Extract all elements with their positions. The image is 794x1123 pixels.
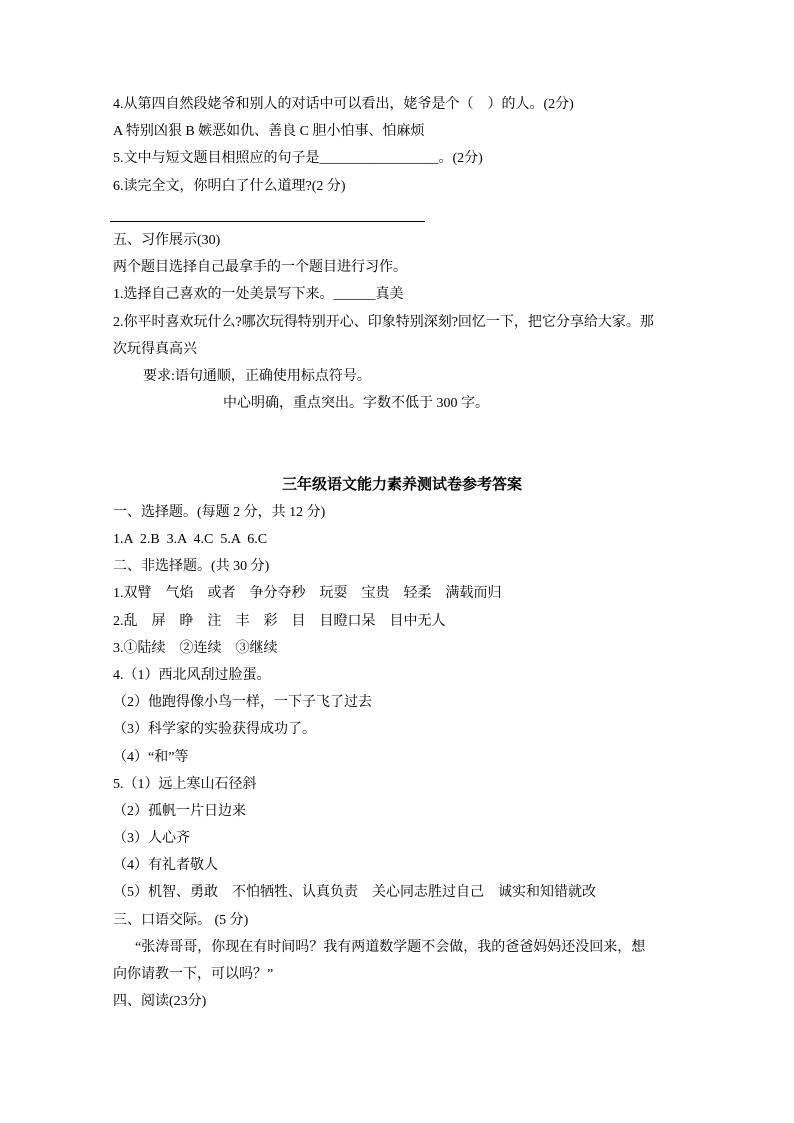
writing-requirement-2: 中心明确，重点突出。字数不低于 300 字。	[113, 390, 691, 417]
answers-item-4-1: 4.（1）西北风刮过脸蛋。	[113, 662, 691, 689]
writing-topic-2: 2.你平时喜欢玩什么?哪次玩得特别开心、印象特别深刻?回忆一下，把它分享给大家。…	[113, 309, 691, 336]
answers-choice: 1.A 2.B 3.A 4.C 5.A 6.C	[113, 526, 691, 553]
blank-line	[113, 417, 691, 444]
answers-section-3-heading: 三、口语交际。 (5 分)	[113, 907, 691, 934]
writing-topic-1: 1.选择自己喜欢的一处美景写下来。______真美	[113, 281, 691, 308]
answers-item-4-2: （2）他跑得像小鸟一样，一下子飞了过去	[113, 689, 691, 716]
writing-topic-2-cont: 次玩得真高兴	[113, 336, 691, 363]
answers-item-5-2: （2）孤帆一片日边来	[113, 798, 691, 825]
answers-item-2: 2.乱 屏 睁 注 丰 彩 目 目瞪口呆 目中无人	[113, 608, 691, 635]
answers-section-1-heading: 一、选择题。(每题 2 分，共 12 分)	[113, 499, 691, 526]
writing-requirement-1: 要求:语句通顺，正确使用标点符号。	[113, 363, 691, 390]
document-content: 4.从第四自然段姥爷和别人的对话中可以看出，姥爷是个（ ）的人。(2分)A 特别…	[113, 91, 691, 1015]
document-page: 4.从第四自然段姥爷和别人的对话中可以看出，姥爷是个（ ）的人。(2分)A 特别…	[0, 0, 794, 1123]
q6-question: 6.读完全文，你明白了什么道理?(2 分)	[113, 173, 691, 200]
answer-blank-rule	[110, 200, 425, 222]
answers-item-3: 3.①陆续 ②连续 ③继续	[113, 635, 691, 662]
answers-item-5-3: （3）人心齐	[113, 825, 691, 852]
answer-key-title: 三年级语文能力素养测试卷参考答案	[113, 472, 691, 499]
answers-item-4-3: （3）科学家的实验获得成功了。	[113, 716, 691, 743]
writing-instructions: 两个题目选择自己最拿手的一个题目进行习作。	[113, 254, 691, 281]
q5-question: 5.文中与短文题目相照应的句子是_________________。(2分)	[113, 145, 691, 172]
answers-oral-quote-1: “张涛哥哥，你现在有时间吗？我有两道数学题不会做，我的爸爸妈妈还没回来，想	[113, 934, 691, 961]
q4-question: 4.从第四自然段姥爷和别人的对话中可以看出，姥爷是个（ ）的人。(2分)	[113, 91, 691, 118]
answers-oral-quote-2: 向你请教一下，可以吗？”	[113, 961, 691, 988]
section-5-heading: 五、习作展示(30)	[113, 227, 691, 254]
answers-section-4-heading: 四、阅读(23分)	[113, 988, 691, 1015]
answers-item-1: 1.双臂 气焰 或者 争分夺秒 玩耍 宝贵 轻柔 满载而归	[113, 580, 691, 607]
q4-options: A 特别凶狠 B 嫉恶如仇、善良 C 胆小怕事、怕麻烦	[113, 118, 691, 145]
answers-item-5-1: 5.（1）远上寒山石径斜	[113, 771, 691, 798]
answers-section-2-heading: 二、非选择题。(共 30 分)	[113, 553, 691, 580]
answer-blank-line	[113, 200, 691, 227]
answers-item-4-4: （4）“和”等	[113, 744, 691, 771]
blank-line	[113, 444, 691, 471]
answers-item-5-5: （5）机智、勇敢 不怕牺牲、认真负责 关心同志胜过自己 诚实和知错就改	[113, 879, 691, 906]
answers-item-5-4: （4）有礼者敬人	[113, 852, 691, 879]
